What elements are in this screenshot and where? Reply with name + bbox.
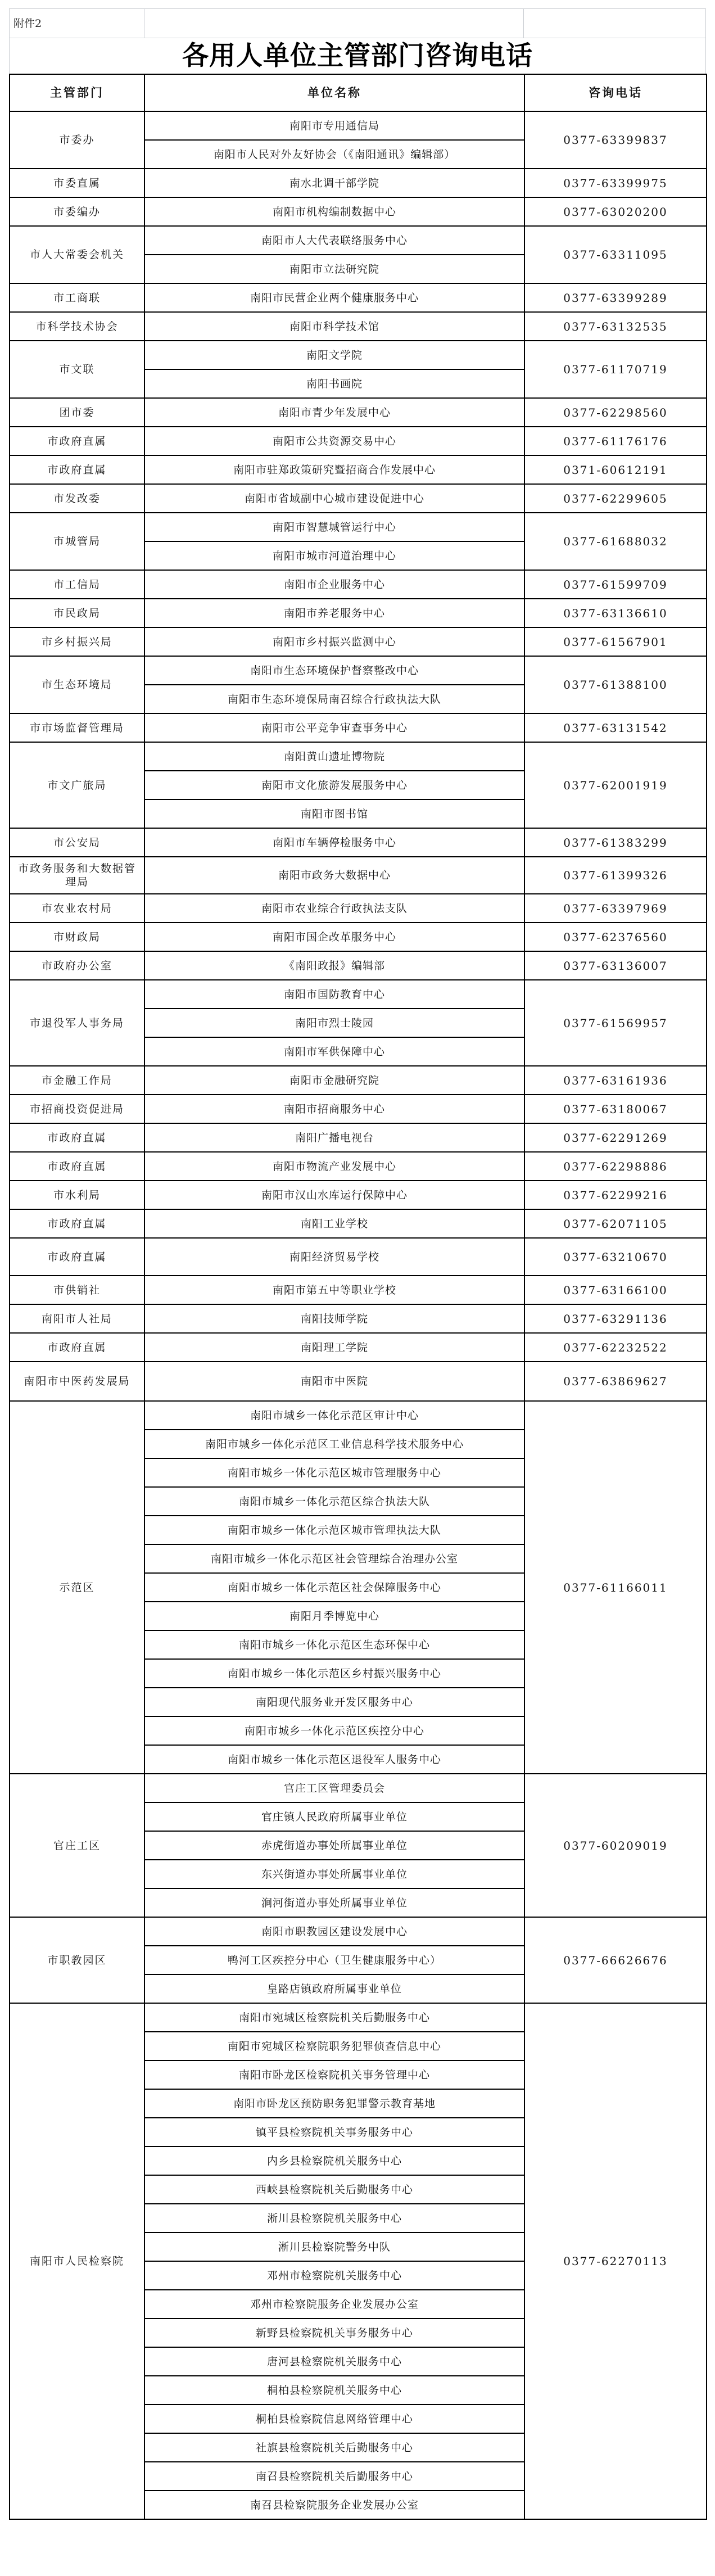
phone-cell: 0377-62071105	[524, 1209, 707, 1238]
phone-cell: 0377-62291269	[524, 1123, 707, 1152]
unit-cell: 东兴街道办事处所属事业单位	[144, 1860, 524, 1888]
table-row: 市工商联南阳市民营企业两个健康服务中心0377-63399289	[10, 283, 707, 312]
phone-cell: 0377-66626676	[524, 1917, 707, 2003]
phone-cell: 0377-61599709	[524, 570, 707, 599]
unit-cell: 南阳市农业综合行政执法支队	[144, 894, 524, 923]
table-row: 市文联南阳文学院0377-61170719	[10, 341, 707, 369]
unit-cell: 南阳书画院	[144, 369, 524, 398]
unit-cell: 南阳市城乡一体化示范区城市管理执法大队	[144, 1516, 524, 1544]
unit-cell: 南阳市卧龙区预防职务犯罪警示教育基地	[144, 2089, 524, 2118]
dept-cell: 市人大常委会机关	[10, 226, 144, 283]
unit-cell: 鸭河工区疾控分中心（卫生健康服务中心）	[144, 1946, 524, 1974]
unit-cell: 南阳市军供保障中心	[144, 1037, 524, 1066]
column-header-dept: 主管部门	[10, 74, 144, 111]
phone-cell: 0377-61176176	[524, 427, 707, 455]
unit-cell: 南阳市国防教育中心	[144, 980, 524, 1009]
table-row: 市金融工作局南阳市金融研究院0377-63161936	[10, 1066, 707, 1095]
dept-cell: 市金融工作局	[10, 1066, 144, 1095]
unit-cell: 南召县检察院服务企业发展办公室	[144, 2491, 524, 2519]
unit-cell: 南阳市城市河道治理中心	[144, 541, 524, 570]
annex-row: 附件2	[9, 8, 706, 38]
table-row: 市科学技术协会南阳市科学技术馆0377-63132535	[10, 312, 707, 341]
table-row: 市农业农村局南阳市农业综合行政执法支队0377-63397969	[10, 894, 707, 923]
phone-cell: 0377-63161936	[524, 1066, 707, 1095]
unit-cell: 南阳市生态环境保护督察整改中心	[144, 656, 524, 685]
unit-cell: 淅川县检察院警务中队	[144, 2232, 524, 2261]
unit-cell: 南阳市青少年发展中心	[144, 398, 524, 427]
unit-cell: 南阳文学院	[144, 341, 524, 369]
empty-cell	[144, 9, 524, 38]
unit-cell: 南阳市人大代表联络服务中心	[144, 226, 524, 255]
table-header-row: 主管部门 单位名称 咨询电话	[10, 74, 707, 111]
dept-cell: 市政府办公室	[10, 951, 144, 980]
table-row: 市城管局南阳市智慧城管运行中心0377-61688032	[10, 513, 707, 541]
unit-cell: 南阳市文化旅游发展服务中心	[144, 771, 524, 799]
phone-cell: 0377-63397969	[524, 894, 707, 923]
unit-cell: 南阳现代服务业开发区服务中心	[144, 1688, 524, 1716]
dept-cell: 市生态环境局	[10, 656, 144, 713]
dept-cell: 官庄工区	[10, 1774, 144, 1917]
table-row: 市政府直属南阳市驻郑政策研究暨招商合作发展中心0371-60612191	[10, 455, 707, 484]
phone-cell: 0377-63869627	[524, 1362, 707, 1401]
phone-cell: 0377-63166100	[524, 1276, 707, 1304]
unit-cell: 南阳市企业服务中心	[144, 570, 524, 599]
dept-cell: 市政府直属	[10, 427, 144, 455]
dept-cell: 市农业农村局	[10, 894, 144, 923]
unit-cell: 南阳市城乡一体化示范区工业信息科学技术服务中心	[144, 1430, 524, 1458]
spreadsheet: 附件2 各用人单位主管部门咨询电话 主管部门 单位名称 咨询电话 市委办南阳市专…	[9, 8, 706, 2520]
dept-cell: 市文联	[10, 341, 144, 398]
dept-cell: 市市场监督管理局	[10, 713, 144, 742]
dept-cell: 市政务服务和大数据管理局	[10, 857, 144, 894]
table-row: 市生态环境局南阳市生态环境保护督察整改中心0377-61388100	[10, 656, 707, 685]
phone-cell: 0377-62298560	[524, 398, 707, 427]
unit-cell: 南阳市物流产业发展中心	[144, 1152, 524, 1181]
dept-cell: 南阳市人民检察院	[10, 2003, 144, 2519]
table-row: 市人大常委会机关南阳市人大代表联络服务中心0377-63311095	[10, 226, 707, 255]
phone-cell: 0377-63210670	[524, 1238, 707, 1276]
column-header-phone: 咨询电话	[524, 74, 707, 111]
table-row: 市市场监督管理局南阳市公平竞争审查事务中心0377-63131542	[10, 713, 707, 742]
unit-cell: 社旗县检察院机关后勤服务中心	[144, 2433, 524, 2462]
table-row: 市乡村振兴局南阳市乡村振兴监测中心0377-61567901	[10, 627, 707, 656]
dept-cell: 市水利局	[10, 1181, 144, 1209]
contact-table: 主管部门 单位名称 咨询电话 市委办南阳市专用通信局0377-63399837南…	[9, 74, 707, 2520]
phone-cell: 0377-62376560	[524, 923, 707, 951]
dept-cell: 市乡村振兴局	[10, 627, 144, 656]
table-row: 市公安局南阳市车辆停检服务中心0377-61383299	[10, 828, 707, 857]
dept-cell: 市财政局	[10, 923, 144, 951]
unit-cell: 唐河县检察院机关服务中心	[144, 2347, 524, 2376]
unit-cell: 南阳市国企改革服务中心	[144, 923, 524, 951]
dept-cell: 市政府直属	[10, 1238, 144, 1276]
phone-cell: 0377-61569957	[524, 980, 707, 1066]
dept-cell: 市政府直属	[10, 455, 144, 484]
unit-cell: 南阳市城乡一体化示范区生态环保中心	[144, 1630, 524, 1659]
unit-cell: 南阳市职教园区建设发展中心	[144, 1917, 524, 1946]
unit-cell: 邓州市检察院机关服务中心	[144, 2261, 524, 2290]
dept-cell: 团市委	[10, 398, 144, 427]
dept-cell: 南阳市人社局	[10, 1304, 144, 1333]
column-header-unit: 单位名称	[144, 74, 524, 111]
dept-cell: 市招商投资促进局	[10, 1095, 144, 1123]
phone-cell: 0377-62298886	[524, 1152, 707, 1181]
unit-cell: 赤虎街道办事处所属事业单位	[144, 1831, 524, 1860]
table-row: 市政府直属南阳市物流产业发展中心0377-62298886	[10, 1152, 707, 1181]
dept-cell: 市职教园区	[10, 1917, 144, 2003]
phone-cell: 0377-61166011	[524, 1401, 707, 1774]
unit-cell: 南阳市城乡一体化示范区乡村振兴服务中心	[144, 1659, 524, 1688]
phone-cell: 0377-63020200	[524, 197, 707, 226]
table-row: 市水利局南阳市汉山水库运行保障中心0377-62299216	[10, 1181, 707, 1209]
unit-cell: 南阳市汉山水库运行保障中心	[144, 1181, 524, 1209]
phone-cell: 0377-62001919	[524, 742, 707, 828]
table-row: 市民政局南阳市养老服务中心0377-63136610	[10, 599, 707, 627]
phone-cell: 0377-63132535	[524, 312, 707, 341]
unit-cell: 南阳黄山遗址博物院	[144, 742, 524, 771]
unit-cell: 淅川县检察院机关服务中心	[144, 2204, 524, 2232]
table-row: 市文广旅局南阳黄山遗址博物院0377-62001919	[10, 742, 707, 771]
dept-cell: 市委编办	[10, 197, 144, 226]
table-row: 市政府直属南阳市公共资源交易中心0377-61176176	[10, 427, 707, 455]
dept-cell: 市文广旅局	[10, 742, 144, 828]
unit-cell: 南阳工业学校	[144, 1209, 524, 1238]
table-row: 市发改委南阳市省域副中心城市建设促进中心0377-62299605	[10, 484, 707, 513]
unit-cell: 南阳市机构编制数据中心	[144, 197, 524, 226]
dept-cell: 市公安局	[10, 828, 144, 857]
table-row: 示范区南阳市城乡一体化示范区审计中心0377-61166011	[10, 1401, 707, 1430]
dept-cell: 市供销社	[10, 1276, 144, 1304]
unit-cell: 南阳理工学院	[144, 1333, 524, 1362]
phone-cell: 0377-63136007	[524, 951, 707, 980]
unit-cell: 西峡县检察院机关后勤服务中心	[144, 2175, 524, 2204]
unit-cell: 南阳市驻郑政策研究暨招商合作发展中心	[144, 455, 524, 484]
table-row: 市委直属南水北调干部学院0377-63399975	[10, 169, 707, 197]
phone-cell: 0377-63399289	[524, 283, 707, 312]
unit-cell: 南阳市中医院	[144, 1362, 524, 1401]
unit-cell: 南阳广播电视台	[144, 1123, 524, 1152]
unit-cell: 皇路店镇政府所属事业单位	[144, 1974, 524, 2003]
table-row: 市政府办公室《南阳政报》编辑部0377-63136007	[10, 951, 707, 980]
phone-cell: 0377-63291136	[524, 1304, 707, 1333]
table-row: 市政府直属南阳工业学校0377-62071105	[10, 1209, 707, 1238]
dept-cell: 市发改委	[10, 484, 144, 513]
phone-cell: 0377-63180067	[524, 1095, 707, 1123]
unit-cell: 桐柏县检察院信息网络管理中心	[144, 2405, 524, 2433]
unit-cell: 南阳市烈士陵园	[144, 1009, 524, 1037]
unit-cell: 南阳市城乡一体化示范区城市管理服务中心	[144, 1458, 524, 1487]
phone-cell: 0377-61567901	[524, 627, 707, 656]
unit-cell: 南阳市智慧城管运行中心	[144, 513, 524, 541]
unit-cell: 南阳市乡村振兴监测中心	[144, 627, 524, 656]
unit-cell: 南阳市专用通信局	[144, 111, 524, 140]
table-row: 市政务服务和大数据管理局南阳市政务大数据中心0377-61399326	[10, 857, 707, 894]
unit-cell: 南阳市招商服务中心	[144, 1095, 524, 1123]
dept-cell: 南阳市中医药发展局	[10, 1362, 144, 1401]
unit-cell: 内乡县检察院机关服务中心	[144, 2146, 524, 2175]
unit-cell: 《南阳政报》编辑部	[144, 951, 524, 980]
unit-cell: 南阳技师学院	[144, 1304, 524, 1333]
unit-cell: 涧河街道办事处所属事业单位	[144, 1888, 524, 1917]
empty-cell	[524, 9, 705, 38]
table-row: 市招商投资促进局南阳市招商服务中心0377-63180067	[10, 1095, 707, 1123]
table-row: 南阳市人社局南阳技师学院0377-63291136	[10, 1304, 707, 1333]
unit-cell: 南阳市城乡一体化示范区社会管理综合治理办公室	[144, 1544, 524, 1573]
unit-cell: 镇平县检察院机关事务服务中心	[144, 2118, 524, 2146]
table-row: 市供销社南阳市第五中等职业学校0377-63166100	[10, 1276, 707, 1304]
unit-cell: 南阳市政务大数据中心	[144, 857, 524, 894]
dept-cell: 市退役军人事务局	[10, 980, 144, 1066]
unit-cell: 南阳市养老服务中心	[144, 599, 524, 627]
dept-cell: 市政府直属	[10, 1209, 144, 1238]
unit-cell: 南阳市宛城区检察院机关后勤服务中心	[144, 2003, 524, 2032]
table-row: 市政府直属南阳广播电视台0377-62291269	[10, 1123, 707, 1152]
unit-cell: 官庄工区管理委员会	[144, 1774, 524, 1802]
unit-cell: 南阳市省域副中心城市建设促进中心	[144, 484, 524, 513]
unit-cell: 南阳市生态环境保局南召综合行政执法大队	[144, 685, 524, 713]
table-row: 南阳市中医药发展局南阳市中医院0377-63869627	[10, 1362, 707, 1401]
phone-cell: 0377-62232522	[524, 1333, 707, 1362]
dept-cell: 市委办	[10, 111, 144, 169]
unit-cell: 南阳市城乡一体化示范区疾控分中心	[144, 1716, 524, 1745]
unit-cell: 南阳月季博览中心	[144, 1602, 524, 1630]
unit-cell: 邓州市检察院服务企业发展办公室	[144, 2290, 524, 2319]
phone-cell: 0377-62299216	[524, 1181, 707, 1209]
phone-cell: 0377-63311095	[524, 226, 707, 283]
table-row: 团市委南阳市青少年发展中心0377-62298560	[10, 398, 707, 427]
phone-cell: 0377-62270113	[524, 2003, 707, 2519]
table-row: 市职教园区南阳市职教园区建设发展中心0377-66626676	[10, 1917, 707, 1946]
unit-cell: 南阳市城乡一体化示范区退役军人服务中心	[144, 1745, 524, 1774]
phone-cell: 0377-61399326	[524, 857, 707, 894]
phone-cell: 0377-63131542	[524, 713, 707, 742]
unit-cell: 南阳市公共资源交易中心	[144, 427, 524, 455]
unit-cell: 南阳市图书馆	[144, 799, 524, 828]
unit-cell: 南阳市城乡一体化示范区社会保障服务中心	[144, 1573, 524, 1602]
table-row: 市政府直属南阳理工学院0377-62232522	[10, 1333, 707, 1362]
unit-cell: 南阳市人民对外友好协会（《南阳通讯》编辑部）	[144, 140, 524, 169]
table-row: 市退役军人事务局南阳市国防教育中心0377-61569957	[10, 980, 707, 1009]
phone-cell: 0377-60209019	[524, 1774, 707, 1917]
dept-cell: 市工信局	[10, 570, 144, 599]
phone-cell: 0377-61383299	[524, 828, 707, 857]
page-title: 各用人单位主管部门咨询电话	[9, 38, 706, 74]
phone-cell: 0377-61688032	[524, 513, 707, 570]
table-row: 市工信局南阳市企业服务中心0377-61599709	[10, 570, 707, 599]
unit-cell: 南阳市公平竞争审查事务中心	[144, 713, 524, 742]
dept-cell: 市民政局	[10, 599, 144, 627]
unit-cell: 南阳市金融研究院	[144, 1066, 524, 1095]
unit-cell: 南阳市民营企业两个健康服务中心	[144, 283, 524, 312]
unit-cell: 南阳经济贸易学校	[144, 1238, 524, 1276]
unit-cell: 南阳市城乡一体化示范区审计中心	[144, 1401, 524, 1430]
unit-cell: 官庄镇人民政府所属事业单位	[144, 1802, 524, 1831]
phone-cell: 0377-61170719	[524, 341, 707, 398]
unit-cell: 桐柏县检察院机关服务中心	[144, 2376, 524, 2405]
phone-cell: 0377-63136610	[524, 599, 707, 627]
dept-cell: 市政府直属	[10, 1123, 144, 1152]
unit-cell: 南阳市宛城区检察院职务犯罪侦查信息中心	[144, 2032, 524, 2060]
dept-cell: 市政府直属	[10, 1152, 144, 1181]
table-row: 官庄工区官庄工区管理委员会0377-60209019	[10, 1774, 707, 1802]
dept-cell: 市工商联	[10, 283, 144, 312]
unit-cell: 南阳市卧龙区检察院机关事务管理中心	[144, 2060, 524, 2089]
unit-cell: 南水北调干部学院	[144, 169, 524, 197]
dept-cell: 市政府直属	[10, 1333, 144, 1362]
dept-cell: 市城管局	[10, 513, 144, 570]
dept-cell: 市科学技术协会	[10, 312, 144, 341]
table-body: 市委办南阳市专用通信局0377-63399837南阳市人民对外友好协会（《南阳通…	[10, 111, 707, 2519]
table-row: 市委编办南阳市机构编制数据中心0377-63020200	[10, 197, 707, 226]
unit-cell: 南阳市科学技术馆	[144, 312, 524, 341]
table-row: 南阳市人民检察院南阳市宛城区检察院机关后勤服务中心0377-62270113	[10, 2003, 707, 2032]
dept-cell: 市委直属	[10, 169, 144, 197]
unit-cell: 南阳市第五中等职业学校	[144, 1276, 524, 1304]
unit-cell: 南阳市城乡一体化示范区综合执法大队	[144, 1487, 524, 1516]
annex-label: 附件2	[10, 9, 144, 38]
table-row: 市委办南阳市专用通信局0377-63399837	[10, 111, 707, 140]
unit-cell: 南阳市立法研究院	[144, 255, 524, 283]
phone-cell: 0377-63399975	[524, 169, 707, 197]
dept-cell: 示范区	[10, 1401, 144, 1774]
table-row: 市财政局南阳市国企改革服务中心0377-62376560	[10, 923, 707, 951]
table-row: 市政府直属南阳经济贸易学校0377-63210670	[10, 1238, 707, 1276]
phone-cell: 0377-62299605	[524, 484, 707, 513]
phone-cell: 0377-61388100	[524, 656, 707, 713]
phone-cell: 0377-63399837	[524, 111, 707, 169]
unit-cell: 新野县检察院机关事务服务中心	[144, 2319, 524, 2347]
phone-cell: 0371-60612191	[524, 455, 707, 484]
unit-cell: 南召县检察院机关后勤服务中心	[144, 2462, 524, 2491]
unit-cell: 南阳市车辆停检服务中心	[144, 828, 524, 857]
